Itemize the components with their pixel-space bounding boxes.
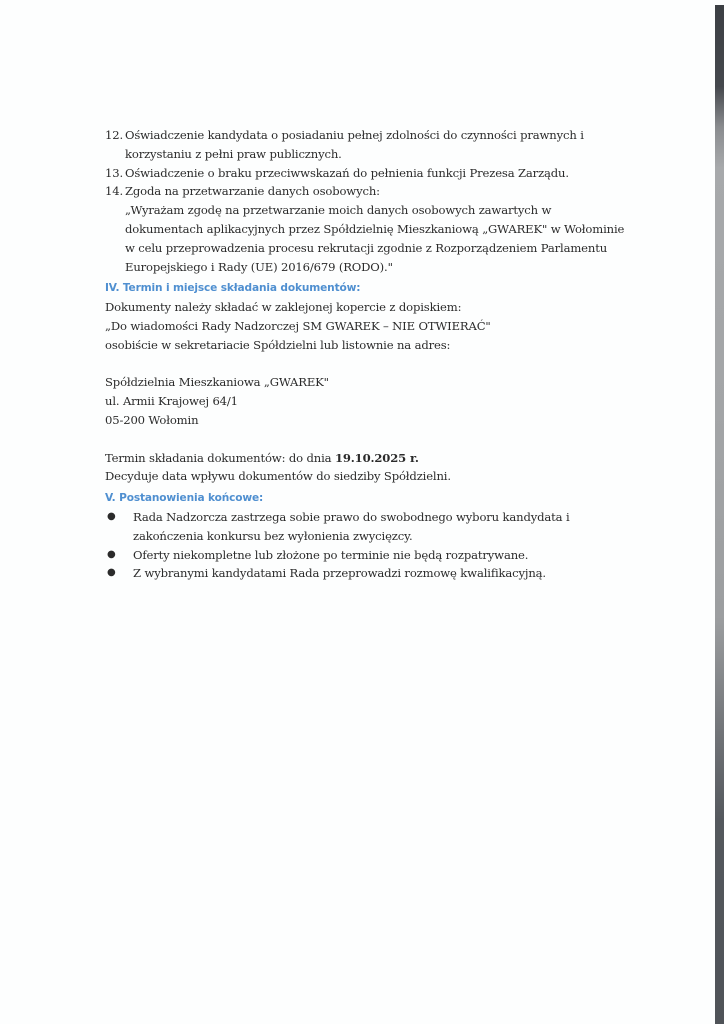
deadline-prefix: Termin składania dokumentów: do dnia <box>105 451 335 465</box>
address-street: ul. Armii Krajowej 64/1 <box>105 392 625 411</box>
delivery-method-line: osobiście w sekretariacie Spółdzielni lu… <box>105 336 625 355</box>
list-text: Oświadczenie o braku przeciwwskazań do p… <box>125 164 625 183</box>
spacer <box>105 430 625 449</box>
address-block: Spółdzielnia Mieszkaniowa „GWAREK" ul. A… <box>105 373 625 429</box>
bullet-item: ● Z wybranymi kandydatami Rada przeprowa… <box>105 564 625 583</box>
scan-edge <box>715 5 724 1024</box>
bullet-text: Z wybranymi kandydatami Rada przeprowadz… <box>133 564 625 583</box>
envelope-label-line: „Do wiadomości Rady Nadzorczej SM GWAREK… <box>105 317 625 336</box>
address-city: 05-200 Wołomin <box>105 411 625 430</box>
list-text: Oświadczenie kandydata o posiadaniu pełn… <box>125 126 625 164</box>
list-number: 14. <box>105 182 125 201</box>
bullet-item: ● Oferty niekompletne lub złożone po ter… <box>105 546 625 565</box>
deadline-note: Decyduje data wpływu dokumentów do siedz… <box>105 467 625 486</box>
list-number: 12. <box>105 126 125 164</box>
bullet-icon: ● <box>105 546 133 565</box>
address-name: Spółdzielnia Mieszkaniowa „GWAREK" <box>105 373 625 392</box>
bullet-text: Oferty niekompletne lub złożone po termi… <box>133 546 625 565</box>
list-item-14: 14. Zgoda na przetwarzanie danych osobow… <box>105 182 625 201</box>
bullet-item: ● Rada Nadzorcza zastrzega sobie prawo d… <box>105 508 625 546</box>
deadline-date: 19.10.2025 r. <box>335 451 419 465</box>
bullet-icon: ● <box>105 564 133 583</box>
consent-quote: „Wyrażam zgodę na przetwarzanie moich da… <box>105 201 625 276</box>
list-item-12: 12. Oświadczenie kandydata o posiadaniu … <box>105 126 625 164</box>
bullet-text: Rada Nadzorcza zastrzega sobie prawo do … <box>133 508 625 546</box>
section-v-heading: V. Postanowienia końcowe: <box>105 489 625 508</box>
list-item-13: 13. Oświadczenie o braku przeciwwskazań … <box>105 164 625 183</box>
list-text: Zgoda na przetwarzanie danych osobowych: <box>125 182 625 201</box>
spacer <box>105 355 625 374</box>
document-page: 12. Oświadczenie kandydata o posiadaniu … <box>105 126 625 583</box>
list-number: 13. <box>105 164 125 183</box>
submission-line: Dokumenty należy składać w zaklejonej ko… <box>105 298 625 317</box>
deadline-line: Termin składania dokumentów: do dnia 19.… <box>105 449 625 468</box>
section-iv-heading: IV. Termin i miejsce składania dokumentó… <box>105 279 625 298</box>
bullet-icon: ● <box>105 508 133 546</box>
